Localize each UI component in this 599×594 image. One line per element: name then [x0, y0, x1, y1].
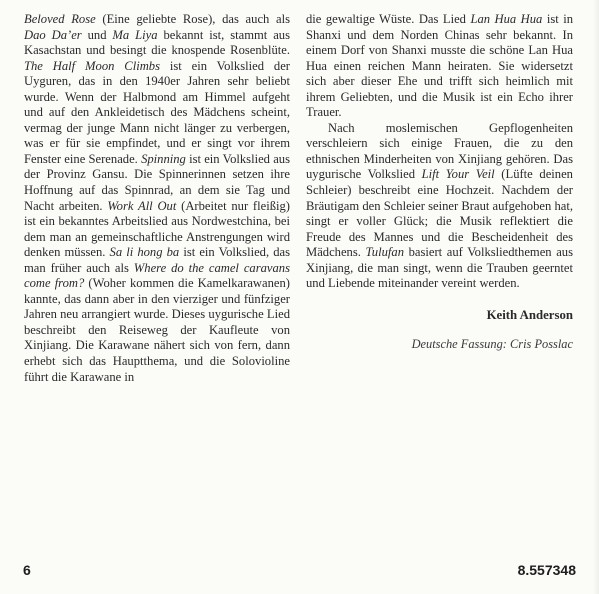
- song-title: Sa li hong ba: [110, 245, 180, 259]
- song-title: Tulufan: [366, 245, 405, 259]
- song-title: Lan Hua Hua: [470, 12, 542, 26]
- song-title: Ma Liya: [112, 28, 157, 42]
- song-title: Dao Da’er: [24, 28, 82, 42]
- author-signature: Keith Anderson: [306, 308, 573, 324]
- left-column: Beloved Rose (Eine geliebte Rose), das a…: [24, 12, 290, 385]
- right-column: die gewaltige Wüste. Das Lied Lan Hua Hu…: [306, 12, 573, 353]
- song-title: Work All Out: [107, 199, 176, 213]
- song-title: The Half Moon Climbs: [24, 59, 160, 73]
- song-title: Lift Your Veil: [422, 167, 495, 181]
- song-title: Where do the camel caravans come from?: [24, 261, 290, 291]
- body-paragraph: Nach moslemischen Gepflogenheiten versch…: [306, 121, 573, 292]
- catalog-number: 8.557348: [518, 562, 576, 578]
- song-title: Beloved Rose: [24, 12, 96, 26]
- body-paragraph: die gewaltige Wüste. Das Lied Lan Hua Hu…: [306, 12, 573, 121]
- body-paragraph: Beloved Rose (Eine geliebte Rose), das a…: [24, 12, 290, 385]
- page-number: 6: [23, 562, 31, 578]
- song-title: Spinning: [141, 152, 186, 166]
- page-edge-shadow: [593, 0, 599, 594]
- translation-credit: Deutsche Fassung: Cris Posslac: [306, 337, 573, 353]
